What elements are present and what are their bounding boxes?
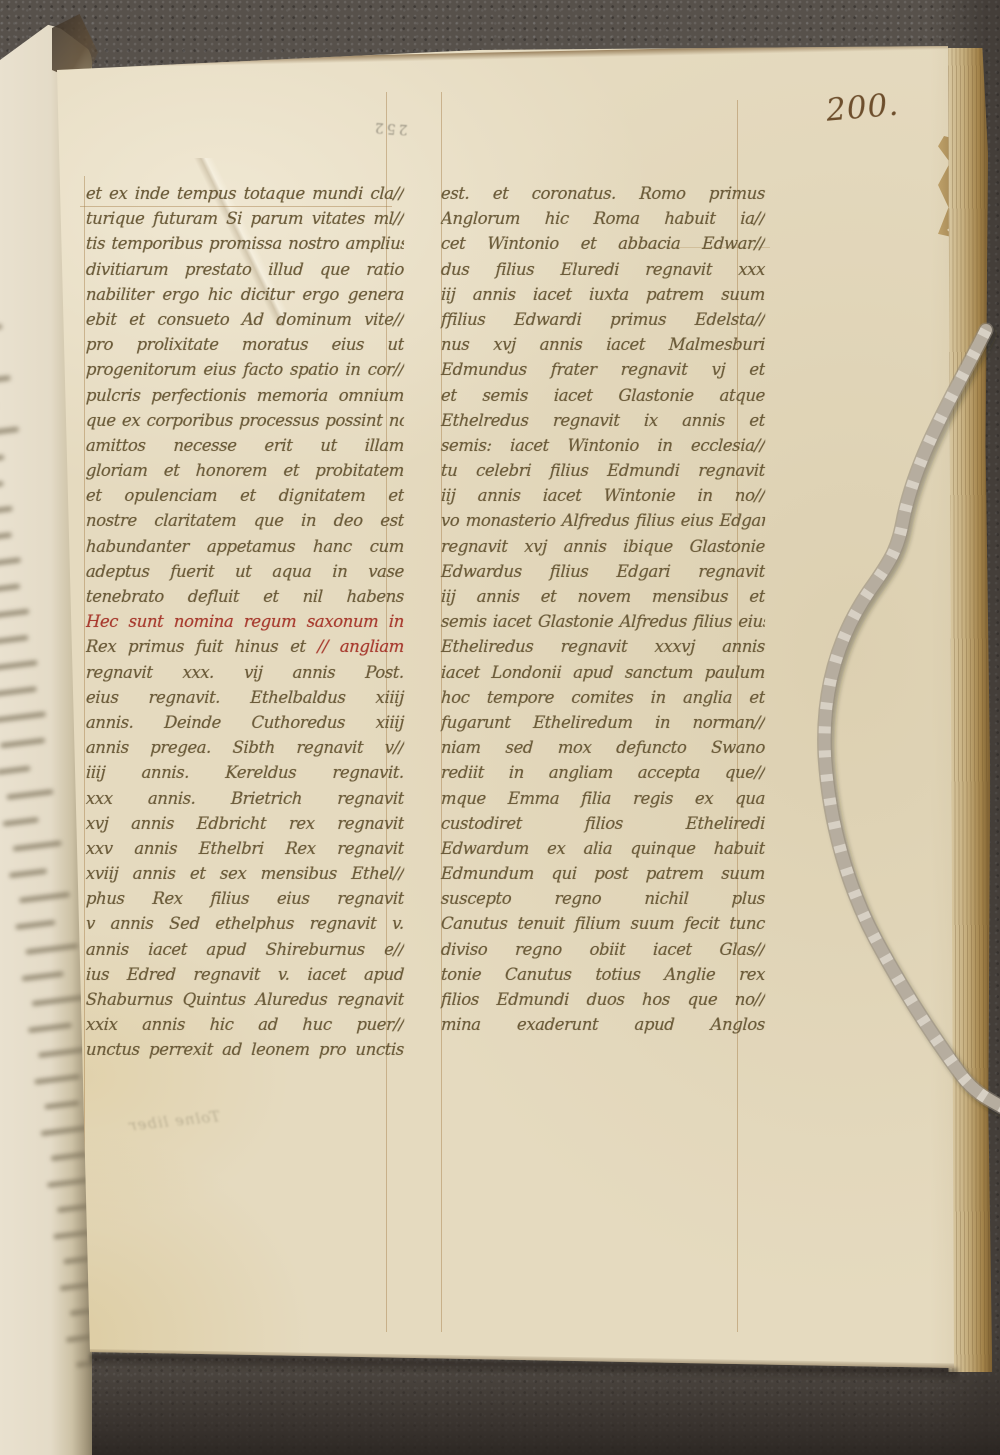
- text-line: iij annis iacet Wintonie in no//: [440, 483, 765, 508]
- text-line: annis. Deinde Cuthoredus xiiij: [85, 710, 404, 735]
- text-line: xvj annis Edbricht rex regnavit: [85, 811, 404, 836]
- left-text-column: et ex inde tempus totaque mundi cla//tur…: [86, 181, 404, 1063]
- ghost-numeral: 252: [371, 119, 408, 137]
- text-line: xxix annis hic ad huc puer//: [85, 1012, 404, 1037]
- manuscript-photograph: { "page": { "folio_number": "200.", "gho…: [0, 0, 1000, 1455]
- text-line: que ex corporibus processus possint nos: [85, 408, 404, 433]
- text-line: divitiarum prestato illud que ratio: [85, 257, 404, 282]
- text-line: suscepto regno nichil plus: [440, 886, 765, 911]
- text-line: Edwardum ex alia quinque habuit: [440, 836, 765, 861]
- text-line: unctus perrexit ad leonem pro unctis: [85, 1037, 404, 1062]
- text-line: xviij annis et sex mensibus Ethel//: [85, 861, 404, 886]
- text-line: semis: iacet Wintonio in ecclesia//: [440, 433, 765, 458]
- text-line: xxv annis Ethelbri Rex regnavit: [85, 836, 404, 861]
- text-line: pulcris perfectionis memoria omnium: [85, 383, 404, 408]
- text-line: regnavit xvj annis ibique Glastonie: [440, 534, 765, 559]
- text-line: iacet Londonii apud sanctum paulum: [440, 660, 765, 685]
- text-line: habundanter appetamus hanc cum: [85, 534, 404, 559]
- text-line: et opulenciam et dignitatem et: [85, 483, 404, 508]
- text-line: annis pregea. Sibth regnavit v//: [85, 735, 404, 760]
- rubric-line: Hec sunt nomina regum saxonum in: [85, 609, 404, 634]
- text-line: phus Rex filius eius regnavit: [85, 886, 404, 911]
- text-line: eius regnavit. Ethelbaldus xiiij: [85, 685, 404, 710]
- text-line: fugarunt Etheliredum in norman//: [440, 710, 765, 735]
- text-line: Shaburnus Quintus Aluredus regnavit: [85, 987, 404, 1012]
- text-line: turique futuram Si parum vitates ml//: [85, 206, 404, 231]
- text-line: iiij annis. Kereldus regnavit.: [85, 760, 404, 785]
- text-line: ius Edred regnavit v. iacet apud: [85, 962, 404, 987]
- text-line: progenitorum eius facto spatio in cor//: [85, 357, 404, 382]
- text-line: dus filius Eluredi regnavit xxx: [440, 257, 765, 282]
- text-line: gloriam et honorem et probitatem: [85, 458, 404, 483]
- text-line: rediit in angliam accepta que//: [440, 760, 765, 785]
- text-line: niam sed mox defuncto Swano: [440, 735, 765, 760]
- text-line: filios Edmundi duos hos que no//: [440, 987, 765, 1012]
- text-line: hoc tempore comites in anglia et: [440, 685, 765, 710]
- text-line: nus xvj annis iacet Malmesburi: [440, 332, 765, 357]
- text-line: Etheliredus regnavit xxxvj annis: [440, 634, 765, 659]
- text-line: mina exaderunt apud Anglos: [440, 1012, 765, 1037]
- rubric-inline: // angliam: [317, 637, 404, 656]
- text-line: Edwardus filius Edgari regnavit: [440, 559, 765, 584]
- text-line: tu celebri filius Edmundi regnavit: [440, 458, 765, 483]
- text-line: cet Wintonio et abbacia Edwar//: [440, 231, 765, 256]
- text-line: Edmundum qui post patrem suum: [440, 861, 765, 886]
- text-line: amittos necesse erit ut illam: [85, 433, 404, 458]
- text-line: custodiret filios Etheliredi: [440, 811, 765, 836]
- right-text-column: est. et coronatus. Romo primusAnglorum h…: [441, 181, 765, 1037]
- text-line: iij annis iacet iuxta patrem suum: [440, 282, 765, 307]
- text-line: est. et coronatus. Romo primus: [440, 181, 765, 206]
- text-line: adeptus fuerit ut aqua in vase: [85, 559, 404, 584]
- text-line: semis iacet Glastonie Alfredus filius ei…: [440, 609, 765, 634]
- text-line: pro prolixitate moratus eius ut: [85, 332, 404, 357]
- text-line: xxx annis. Brietrich regnavit: [85, 786, 404, 811]
- text-line: iij annis et novem mensibus et: [440, 584, 765, 609]
- text-line: nostre claritatem que in deo est: [85, 508, 404, 533]
- text-line: tis temporibus promissa nostro ampliusqu…: [85, 231, 404, 256]
- text-line: mque Emma filia regis ex qua: [440, 786, 765, 811]
- text-line: tenebrato defluit et nil habens: [85, 584, 404, 609]
- text-line: tonie Canutus totius Anglie rex: [440, 962, 765, 987]
- text-line: Canutus tenuit filium suum fecit tunc: [440, 911, 765, 936]
- text-line: et semis iacet Glastonie atque: [440, 383, 765, 408]
- manuscript-page: 200. 252 Tolne liber et ex inde tempus t…: [0, 0, 1000, 1455]
- text-line: Rex primus fuit hinus et // angliam: [85, 634, 404, 659]
- text-line: Anglorum hic Roma habuit ia//: [440, 206, 765, 231]
- text-line: regnavit xxx. vij annis Post.: [85, 660, 404, 685]
- text-line: v annis Sed ethelphus regnavit v.: [85, 911, 404, 936]
- text-line: et ex inde tempus totaque mundi cla//: [85, 181, 404, 206]
- text-line: ffilius Edwardi primus Edelsta//: [440, 307, 765, 332]
- text-line: Ethelredus regnavit ix annis et: [440, 408, 765, 433]
- text-line: nabiliter ergo hic dicitur ergo genera: [85, 282, 404, 307]
- text-line: vo monasterio Alfredus filius eius Edgar…: [440, 508, 765, 533]
- text-line: Edmundus frater regnavit vj et: [440, 357, 765, 382]
- text-line: annis iacet apud Shireburnus e//: [85, 937, 404, 962]
- text-line: diviso regno obiit iacet Glas//: [440, 937, 765, 962]
- text-line: ebit et consueto Ad dominum vite//: [85, 307, 404, 332]
